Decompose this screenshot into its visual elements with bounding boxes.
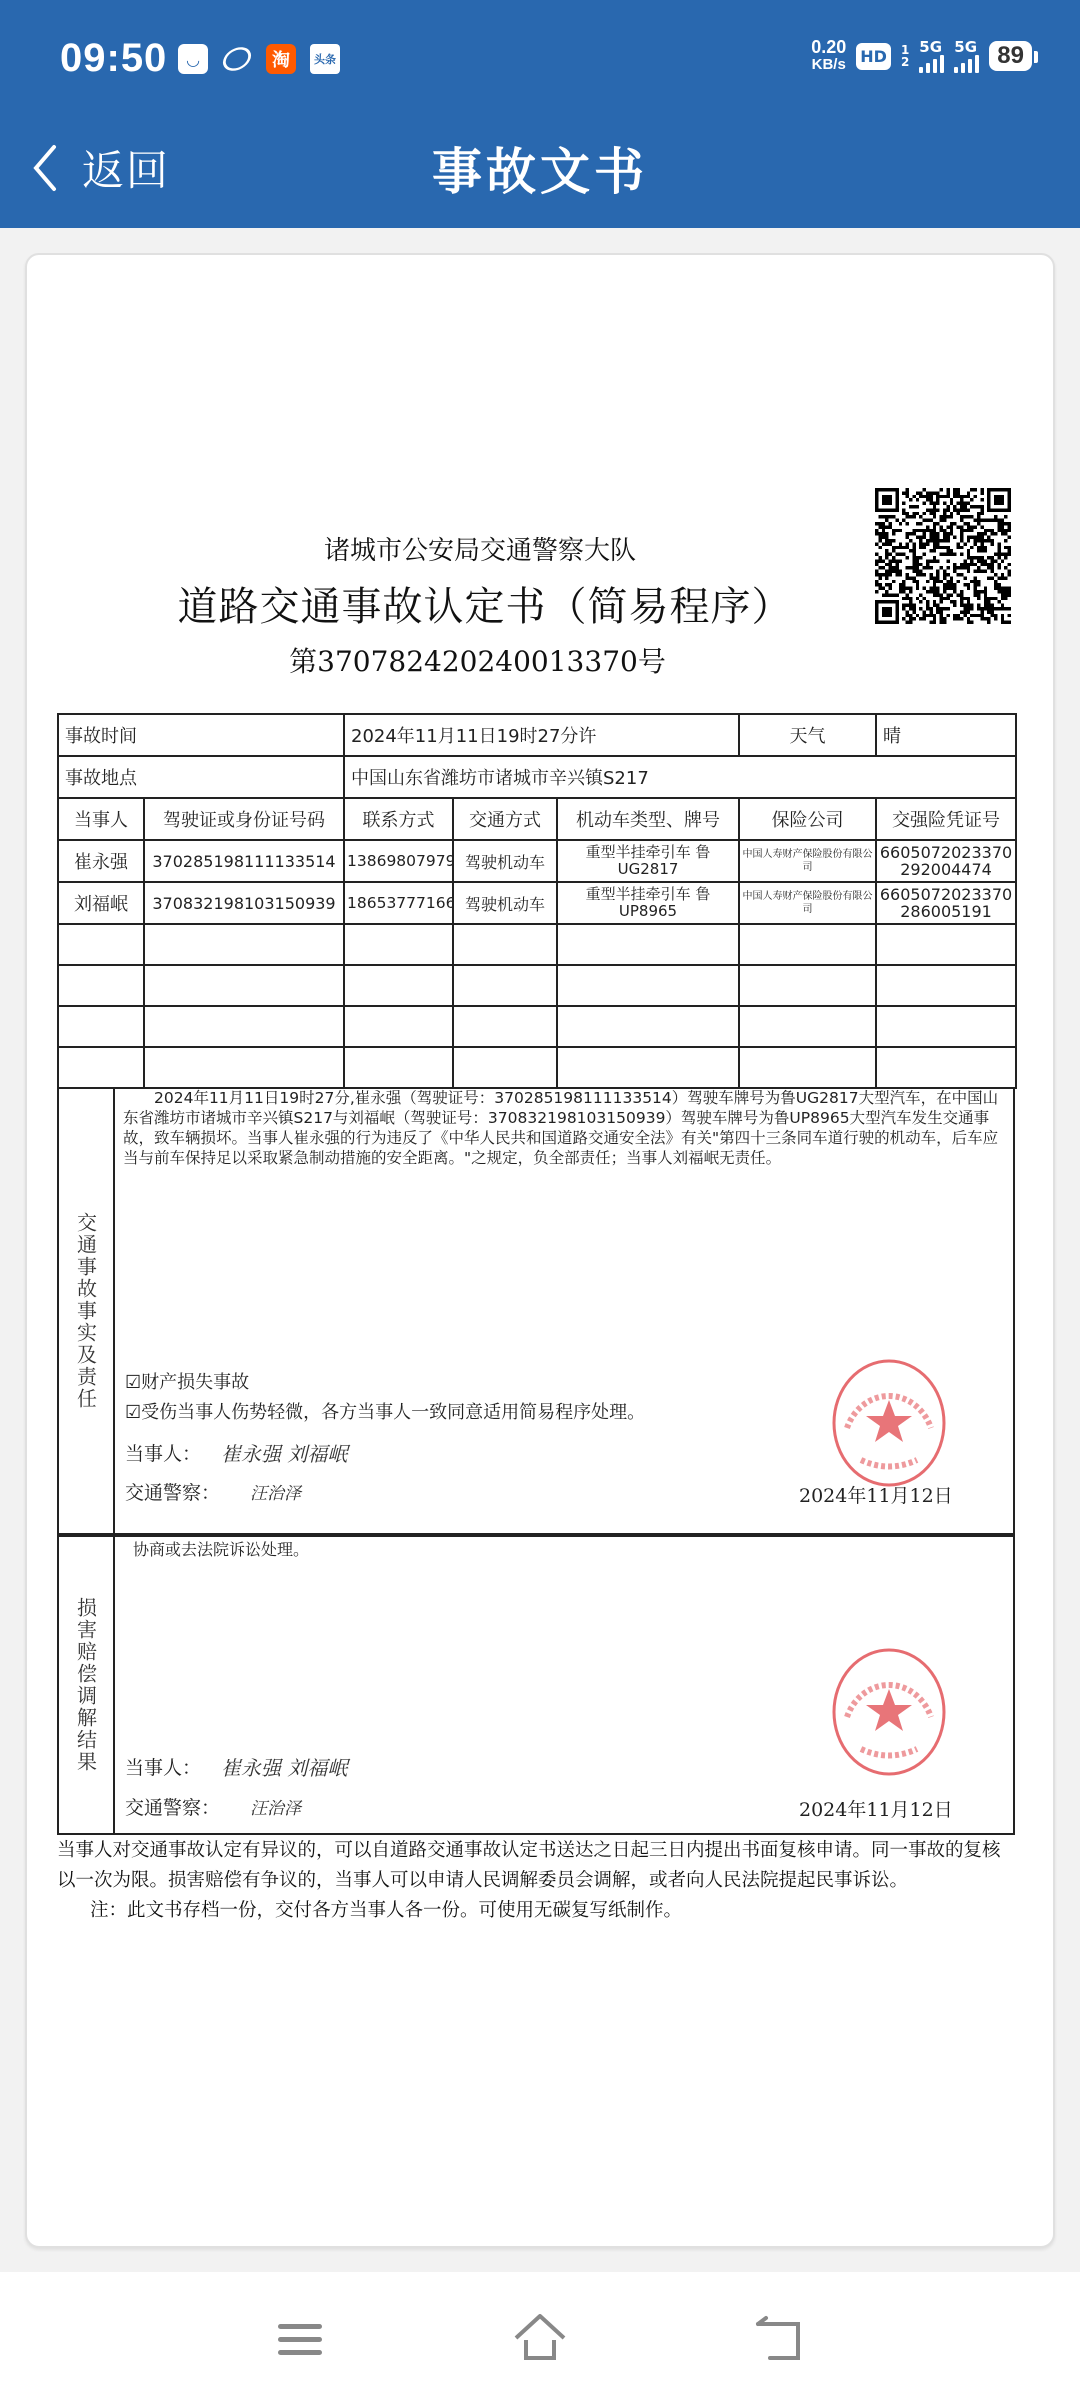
time-text: 2024年11月11日19时27分许 <box>351 726 596 747</box>
officer-signature: 汪治泽 <box>250 1479 301 1504</box>
party-insurer: 中国人寿财产保险股份有限公司 <box>739 882 876 924</box>
parties-signatures: 崔永强 刘福岷 <box>221 1438 347 1467</box>
empty-row <box>58 924 1016 965</box>
column-header: 当事人 <box>58 798 144 840</box>
official-seal-icon <box>829 1358 949 1488</box>
place-row: 事故地点 中国山东省潍坊市诸城市辛兴镇S217 <box>58 756 1016 798</box>
home-icon[interactable] <box>510 2314 570 2364</box>
party-transport: 驾驶机动车 <box>453 882 557 924</box>
checkbox-property-loss: ☑财产损失事故 <box>125 1368 249 1394</box>
column-header: 联系方式 <box>344 798 453 840</box>
damage-parties-label: 当事人： <box>125 1753 201 1780</box>
facts-label-text: 交通事故事实及责任 <box>72 1212 101 1410</box>
place-label: 事故地点 <box>58 756 144 798</box>
copy-note: 注：此文书存档一份，交付各方当事人各一份。可使用无碳复写纸制作。 <box>90 1896 682 1922</box>
damage-section: 损害赔偿调解结果 协商或去法院诉讼处理。 当事人： 崔永强 刘福岷 交通警察： … <box>57 1535 1015 1835</box>
damage-officer-signature-line: 交通警察： 汪治泽 <box>125 1793 301 1820</box>
time-label: 事故时间 <box>58 714 144 756</box>
empty-row <box>58 1006 1016 1047</box>
system-nav-bar <box>0 2272 1080 2400</box>
party-phone: 18653777166 <box>344 882 453 924</box>
facts-label: 交通事故事实及责任 <box>59 1088 115 1533</box>
column-header: 交通方式 <box>453 798 557 840</box>
party-vehicle: 重型半挂牵引车 鲁UG2817 <box>557 840 739 882</box>
menu-icon[interactable] <box>270 2314 330 2364</box>
empty-row <box>58 965 1016 1006</box>
party-license: 370285198111133514 <box>144 840 344 882</box>
weather-value: 晴 <box>876 714 1016 756</box>
column-header: 机动车类型、牌号 <box>557 798 739 840</box>
damage-officer-signature: 汪治泽 <box>250 1794 301 1819</box>
party-phone: 13869807979 <box>344 840 453 882</box>
official-seal-icon <box>829 1647 949 1777</box>
weather-label: 天气 <box>739 714 876 756</box>
appeal-notice: 当事人对交通事故认定有异议的，可以自道路交通事故认定书送达之日起三日内提出书面复… <box>57 1836 1017 1896</box>
party-row: 崔永强37028519811113351413869807979驾驶机动车重型半… <box>58 840 1016 882</box>
damage-parties-signature-line: 当事人： 崔永强 刘福岷 <box>125 1752 347 1781</box>
party-policy: 6605072023370292004474 <box>876 840 1016 882</box>
damage-parties-signatures: 崔永强 刘福岷 <box>221 1752 347 1781</box>
qr-code <box>875 488 1011 624</box>
column-header: 驾驶证或身份证号码 <box>144 798 344 840</box>
back-icon[interactable] <box>750 2314 810 2364</box>
checkbox-simple-procedure: ☑受伤当事人伤势轻微，各方当事人一致同意适用简易程序处理。 <box>125 1398 645 1424</box>
damage-date: 2024年11月12日 <box>799 1795 953 1822</box>
party-transport: 驾驶机动车 <box>453 840 557 882</box>
party-insurer: 中国人寿财产保险股份有限公司 <box>739 840 876 882</box>
party-row: 刘福岷37083219810315093918653777166驾驶机动车重型半… <box>58 882 1016 924</box>
column-header: 保险公司 <box>739 798 876 840</box>
empty-row <box>58 1047 1016 1088</box>
damage-label-text: 损害赔偿调解结果 <box>72 1597 101 1773</box>
parties-label: 当事人： <box>125 1439 201 1466</box>
party-license: 370832198103150939 <box>144 882 344 924</box>
column-header-row: 当事人驾驶证或身份证号码联系方式交通方式机动车类型、牌号保险公司交强险凭证号 <box>58 798 1016 840</box>
document-number: 第3707824202400133​70号 <box>0 640 1080 680</box>
time-row: 事故时间 2024年11月11日19时27分许 天气 晴 <box>58 714 1016 756</box>
party-vehicle: 重型半挂牵引车 鲁UP8965 <box>557 882 739 924</box>
party-policy: 6605072023370286005191 <box>876 882 1016 924</box>
officer-label: 交通警察： <box>125 1478 220 1505</box>
parties-signature-line: 当事人： 崔永强 刘福岷 <box>125 1438 347 1467</box>
accident-info-table: 事故时间 2024年11月11日19时27分许 天气 晴 事故地点 中国山东省潍… <box>57 713 1017 1089</box>
facts-section: 交通事故事实及责任 2024年11月11日19时27分,崔永强（驾驶证号：370… <box>57 1088 1015 1535</box>
damage-officer-label: 交通警察： <box>125 1793 220 1820</box>
officer-signature-line: 交通警察： 汪治泽 <box>125 1478 301 1505</box>
column-header: 交强险凭证号 <box>876 798 1016 840</box>
time-value: 2024年11月11日19时27分许 <box>344 714 739 756</box>
accident-document: 诸城市公安局交通警察大队 道路交通事故认定书（简易程序） 第3707824202… <box>0 0 1080 2400</box>
party-name: 崔永强 <box>58 840 144 882</box>
facts-text: 2024年11月11日19时27分,崔永强（驾驶证号：3702851981111… <box>123 1088 1009 1168</box>
place-value: 中国山东省潍坊市诸城市辛兴镇S217 <box>344 756 1016 798</box>
damage-text: 协商或去法院诉讼处理。 <box>133 1537 309 1560</box>
party-name: 刘福岷 <box>58 882 144 924</box>
damage-label: 损害赔偿调解结果 <box>59 1537 115 1833</box>
